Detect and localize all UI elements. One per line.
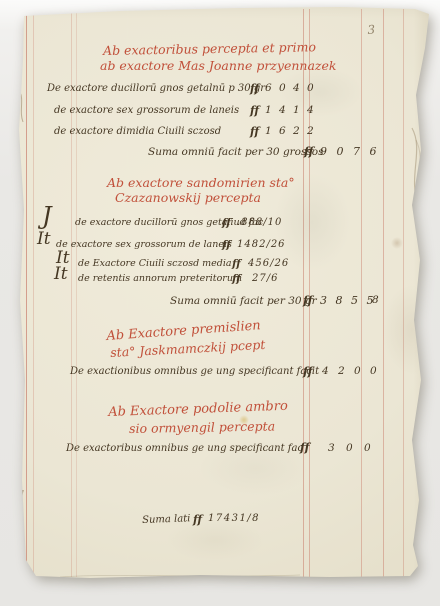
footer-suma-amount: 17431/8 <box>208 514 260 524</box>
paper-shadow-wrap: 3 Ab exactoribus percepta et primo ab ex… <box>0 0 440 606</box>
ruled-line-right-3 <box>361 9 362 577</box>
section2-suma-extra-amount: 8 <box>372 295 379 306</box>
section1-heading-line2: ab exactore Mas Joanne przyennazek <box>100 60 336 73</box>
section3-item1-amount: 4 2 0 0 <box>322 366 380 377</box>
ruled-line-left-2 <box>33 9 34 577</box>
section2-item3-currency: ff <box>232 259 241 270</box>
bottom-edge-fiber-graphic <box>60 575 300 577</box>
section2-item3-text: de Exactore Ciuili sczosd media <box>78 259 232 269</box>
section1-item3-amount: 1 6 2 2 <box>265 126 316 137</box>
section1-item3-text: de exactore dimidia Ciuili sczosd <box>54 127 221 137</box>
ruled-line-right-5 <box>403 9 404 577</box>
section1-item1-text: De exactore ducillorū gnos getalnū p 30 … <box>47 84 265 94</box>
torn-edge-curl2-graphic <box>416 140 420 200</box>
manuscript-scan: 3 Ab exactoribus percepta et primo ab ex… <box>0 0 440 606</box>
section2-item3-amount: 456/26 <box>248 259 289 269</box>
section1-suma-currency: ff <box>304 146 314 158</box>
ruled-line-left-1 <box>26 9 27 577</box>
folio-number: 3 <box>367 23 375 36</box>
section1-suma-text: Suma omniū facit per 30 grossos <box>148 147 324 158</box>
section1-heading-line1: Ab exactoribus percepta et primo <box>103 41 316 57</box>
section2-suma-currency: ff <box>303 295 313 307</box>
section2-item2-text: de exactore sex grossorum de laneis <box>56 240 232 250</box>
manuscript-page: 3 Ab exactoribus percepta et primo ab ex… <box>0 0 440 606</box>
section2-item4-marker: It <box>54 266 68 283</box>
section2-suma-text: Suma omniū facit per 30 gr <box>170 296 317 307</box>
binding-thread-top-graphic <box>20 92 23 122</box>
section1-item1-currency: ff <box>250 83 259 94</box>
section3-item1-currency: ff <box>303 366 313 378</box>
footer-suma-text: Suma lati <box>142 514 191 526</box>
section2-item4-text: de retentis annorum preteritorum <box>78 274 242 284</box>
section3-item1-text: De exactionibus omnibus ge ung specifica… <box>70 367 319 377</box>
section1-item2-text: de exactore sex grossorum de laneis <box>54 106 239 116</box>
section1-suma-amount: 9 0 7 6 <box>320 146 379 157</box>
ruled-line-left-3 <box>71 9 72 577</box>
torn-edge-curl-graphic <box>412 128 418 205</box>
section4-item1-amount: 3 0 0 <box>328 443 375 454</box>
section2-item1-text: de exactore ducillorū gnos getaliud fac <box>75 218 263 228</box>
section2-heading-line2: Czazanowskij percepta <box>115 192 261 205</box>
section2-item2-amount: 1482/26 <box>237 240 286 250</box>
section4-heading-line1: Ab Exactore podolie ambro <box>108 400 288 419</box>
section1-item2-amount: 1 4 1 4 <box>265 105 316 116</box>
footer-suma-currency: ff <box>193 514 202 525</box>
section2-item1-marker: J <box>42 204 52 228</box>
section1-item2-currency: ff <box>250 105 259 116</box>
section2-suma-amount: 3 8 5 5 <box>320 295 376 306</box>
section2-item4-amount: 27/6 <box>252 274 278 284</box>
ruled-line-left-4 <box>76 9 77 577</box>
section1-item3-currency: ff <box>250 126 259 137</box>
section4-item1-text: De exactoribus omnibus ge ung specifican… <box>66 444 303 454</box>
section2-item2-currency: ff <box>222 240 231 251</box>
section2-item1-amount: .888/10 <box>237 218 282 228</box>
section4-heading-line2: sio ormyengil percepta <box>129 420 275 435</box>
section2-item4-currency: ff <box>232 274 241 285</box>
section2-item1-currency: ff <box>222 218 231 229</box>
section1-item1-amount: 6 0 4 0 <box>265 83 316 94</box>
section2-item2-marker: It <box>37 231 51 248</box>
section4-item1-currency: ff <box>300 442 310 454</box>
section2-heading-line1: Ab exactore sandomirien sta° <box>107 177 295 190</box>
ruled-line-right-4 <box>383 9 384 577</box>
